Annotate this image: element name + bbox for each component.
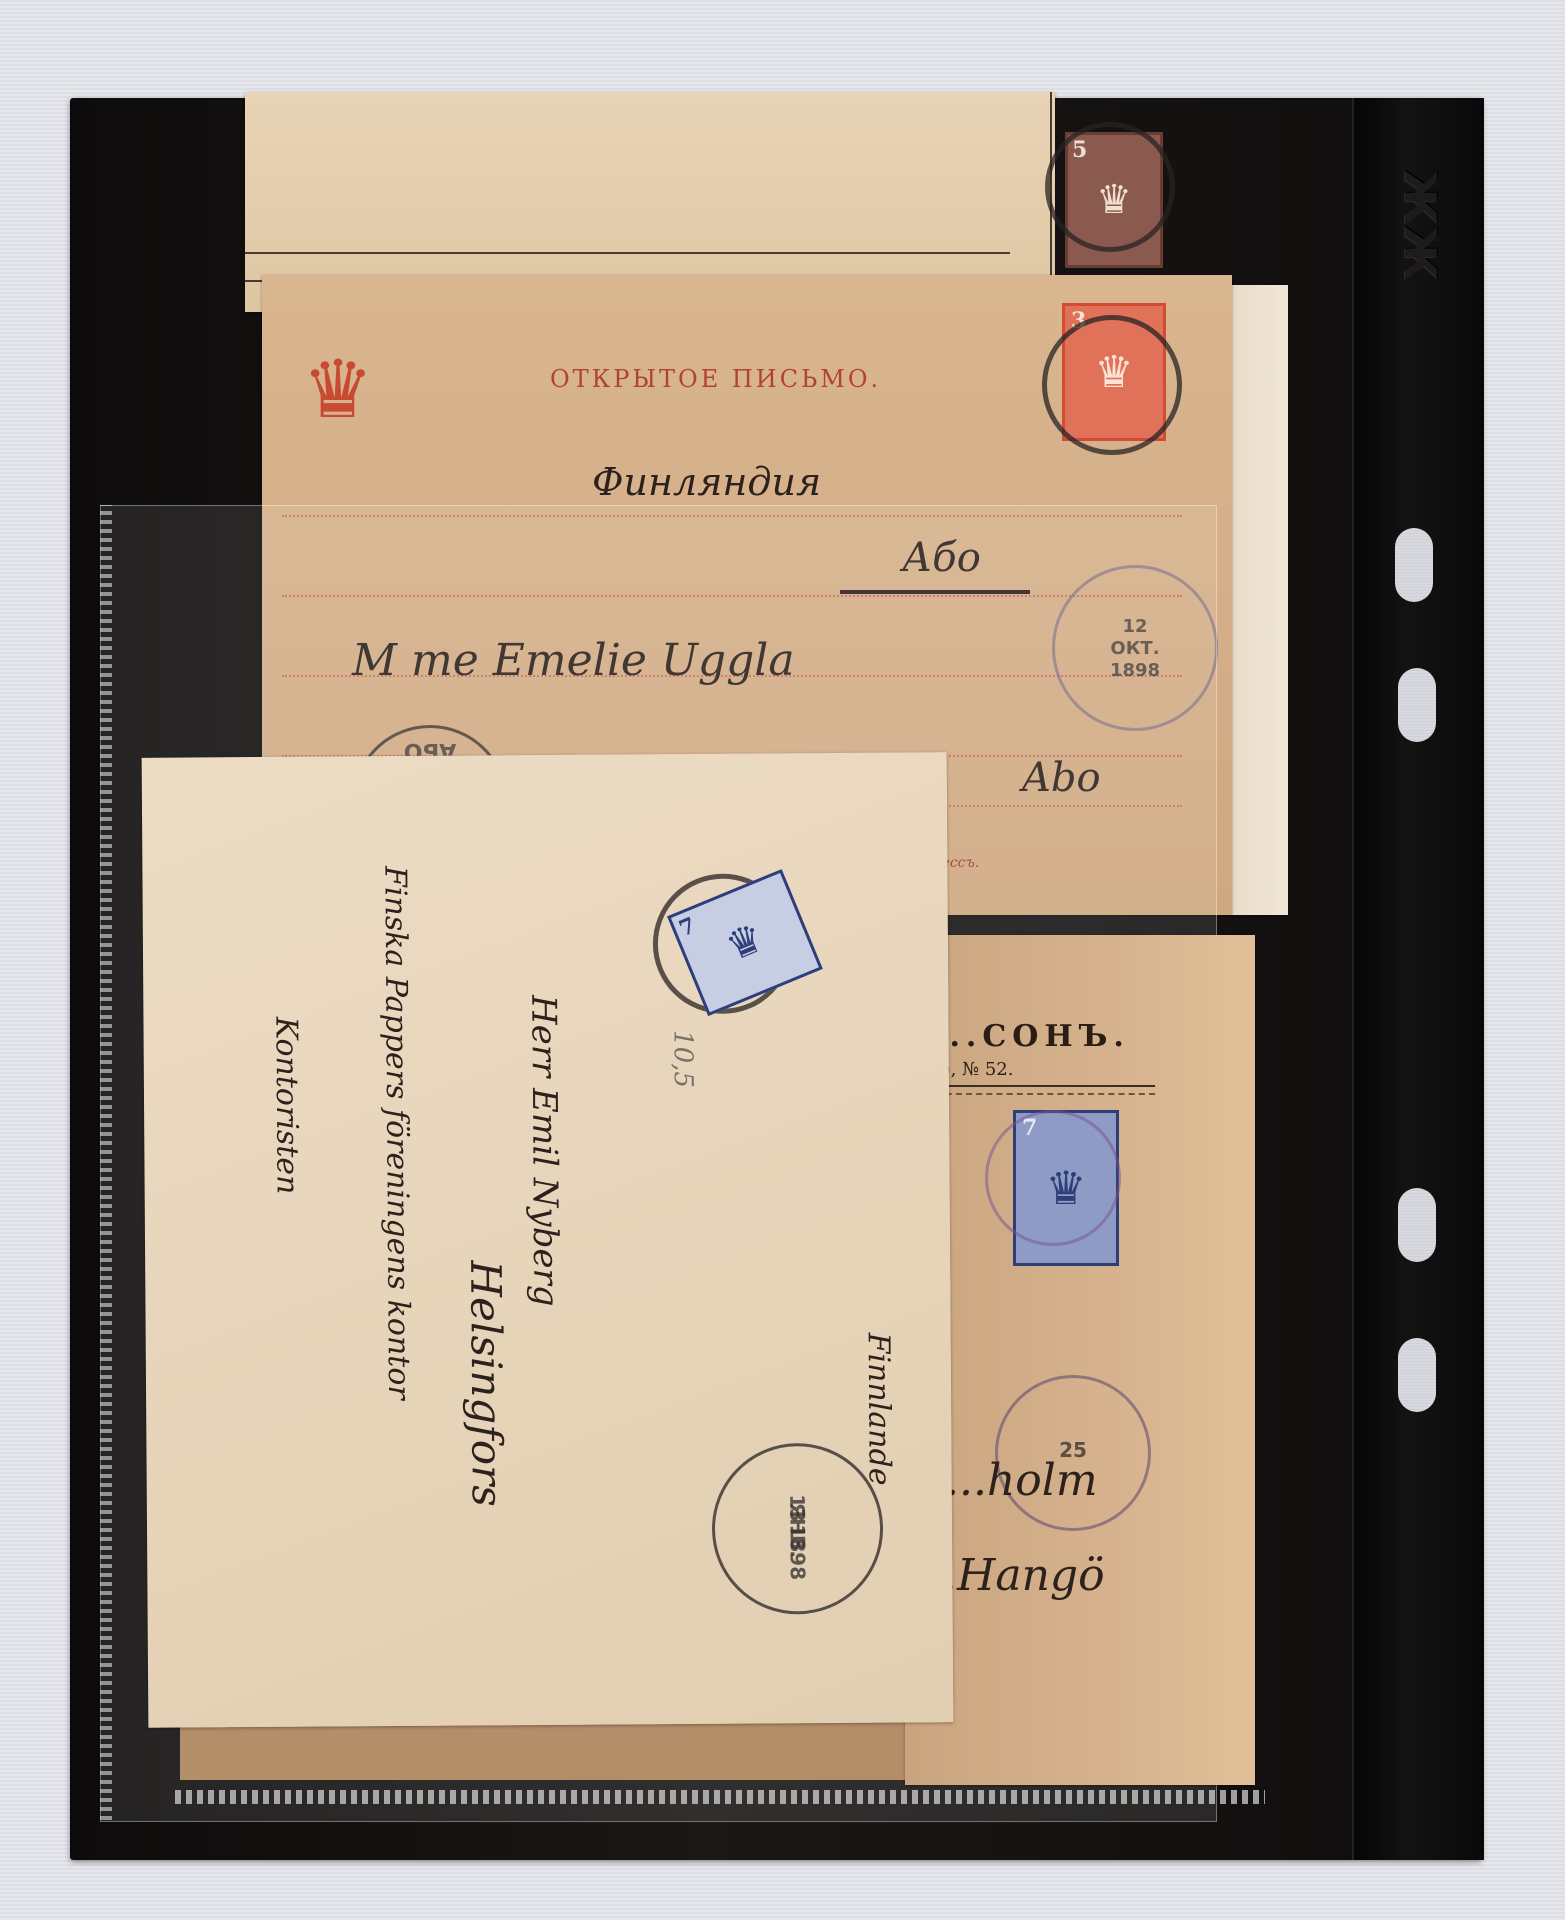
postmark bbox=[1045, 122, 1175, 252]
postmark-violet bbox=[985, 1110, 1121, 1246]
cover-front: 7 ♛ 10,5 Kontoristen Herr Emil Nyberg He… bbox=[142, 752, 954, 1728]
postmark bbox=[1042, 315, 1182, 455]
cover-right: ...СОНЪ. ...ъ), № 52. 7 ♛ 25 ...holm ...… bbox=[905, 935, 1255, 1785]
embossed-logo-icon: ЖЖ bbox=[1385, 170, 1445, 420]
card-edge bbox=[1230, 285, 1288, 915]
punch-hole bbox=[1395, 528, 1433, 602]
sleeve-bottom-edge bbox=[175, 1790, 1265, 1804]
punch-hole bbox=[1398, 1188, 1436, 1262]
sleeve-welded-edge bbox=[100, 505, 112, 1820]
punch-hole bbox=[1398, 1338, 1436, 1412]
postmark-st-petersburg: 25 bbox=[995, 1375, 1151, 1531]
imperial-eagle-icon: ♛ bbox=[302, 350, 374, 430]
punch-hole bbox=[1398, 668, 1436, 742]
postmark-st-petersburg: 13 ЯНВ. 1898 bbox=[711, 1443, 883, 1615]
card-title: ОТКРЫТОЕ ПИСЬМО. bbox=[550, 365, 881, 393]
eagle-icon: ♛ bbox=[720, 915, 771, 971]
